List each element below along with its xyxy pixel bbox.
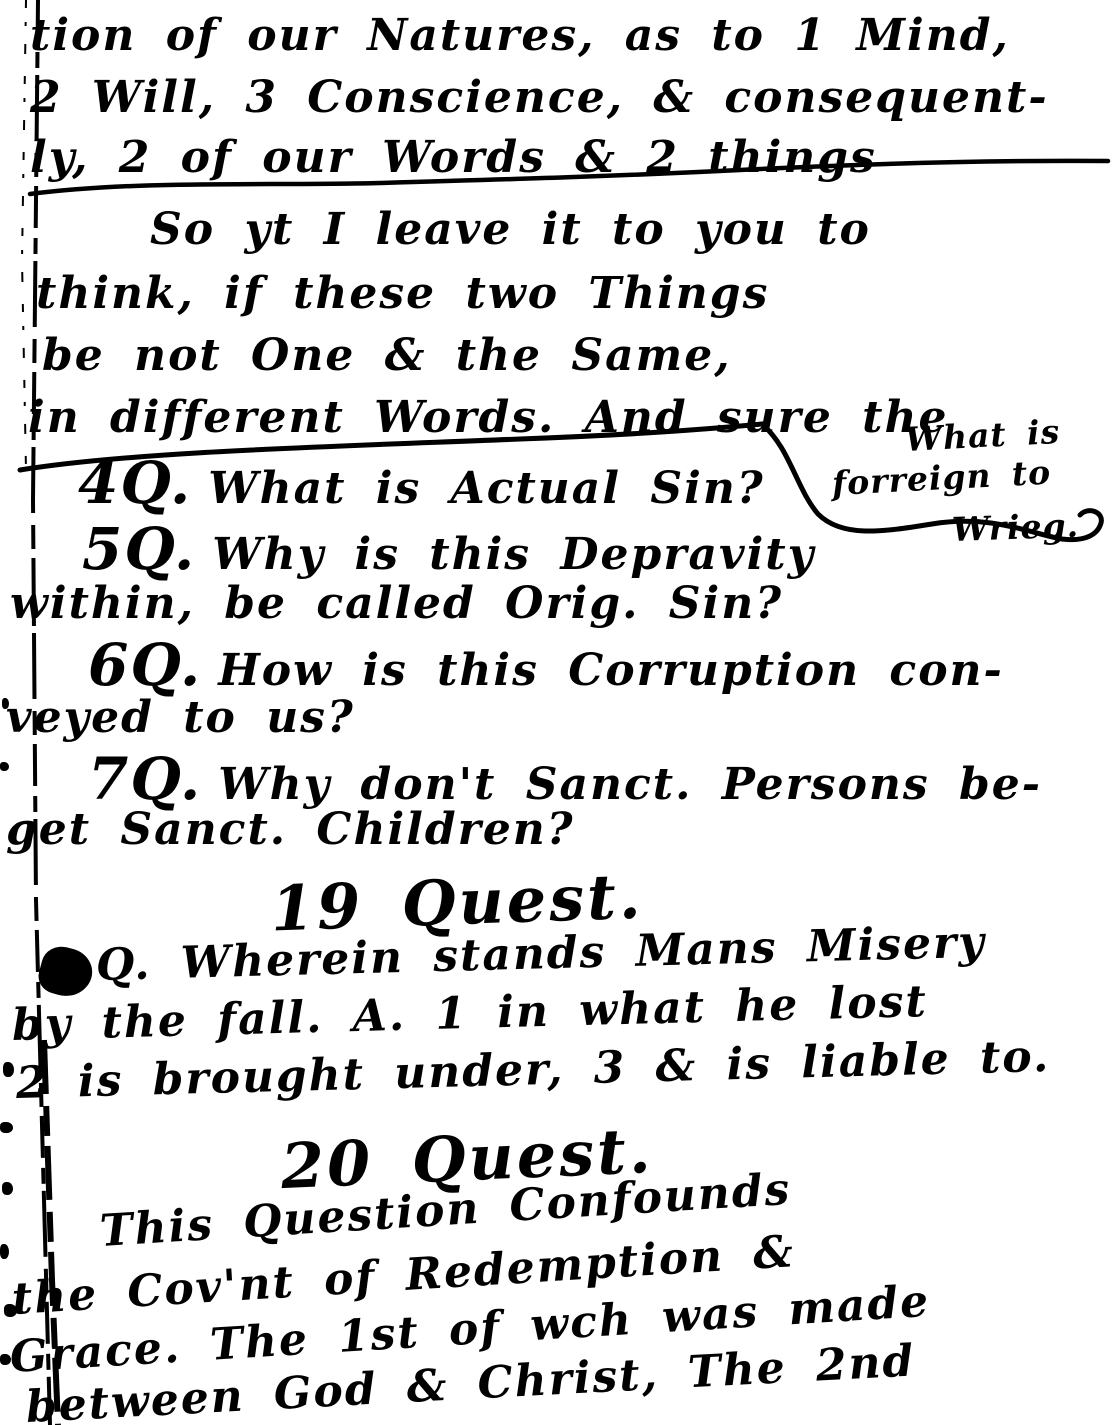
scan-artifact (3, 1062, 14, 1077)
manuscript-line: So yt I leave it to you to (150, 206, 871, 254)
manuscript-line: ly, 2 of our Words & 2 things (30, 134, 877, 182)
manuscript-line: in different Words. And sure the (28, 394, 948, 442)
marginal-note-line: What is (904, 412, 1061, 459)
manuscript-line: be not One & the Same, (42, 332, 732, 380)
manuscript-line: 2 Will, 3 Conscience, & consequent- (30, 74, 1049, 122)
question-line: get Sanct. Children? (6, 806, 575, 854)
question-number: 7Q. (88, 745, 202, 813)
manuscript-page: tion of our Natures, as to 1 Mind, 2 Wil… (0, 0, 1114, 1425)
scan-artifact (0, 1122, 13, 1133)
question-text: How is this Corruption con- (218, 645, 1004, 696)
manuscript-line: think, if these two Things (36, 270, 769, 318)
scan-artifact (0, 1244, 9, 1259)
question-text: What is Actual Sin? (208, 463, 764, 514)
manuscript-line: tion of our Natures, as to 1 Mind, (30, 12, 1010, 60)
question-line: veyed to us? (6, 694, 355, 742)
question-line: 6Q.How is this Corruption con- (88, 634, 1004, 698)
question-number: 5Q. (82, 515, 196, 583)
question-line: 7Q.Why don't Sanct. Persons be- (88, 748, 1042, 812)
question-number: 6Q. (88, 631, 202, 699)
marginal-note-line: forreign to (831, 453, 1052, 503)
question-text: Why don't Sanct. Persons be- (218, 759, 1042, 810)
question-line: within, be called Orig. Sin? (10, 580, 783, 628)
question-text: Why is this Depravity (212, 529, 815, 580)
question-line: 4Q.What is Actual Sin? (78, 452, 765, 516)
marginal-note-line: Wrieg. (951, 506, 1079, 549)
question-number: 4Q. (78, 449, 192, 517)
scan-artifact (0, 762, 9, 771)
question-line: 5Q.Why is this Depravity (82, 518, 815, 582)
